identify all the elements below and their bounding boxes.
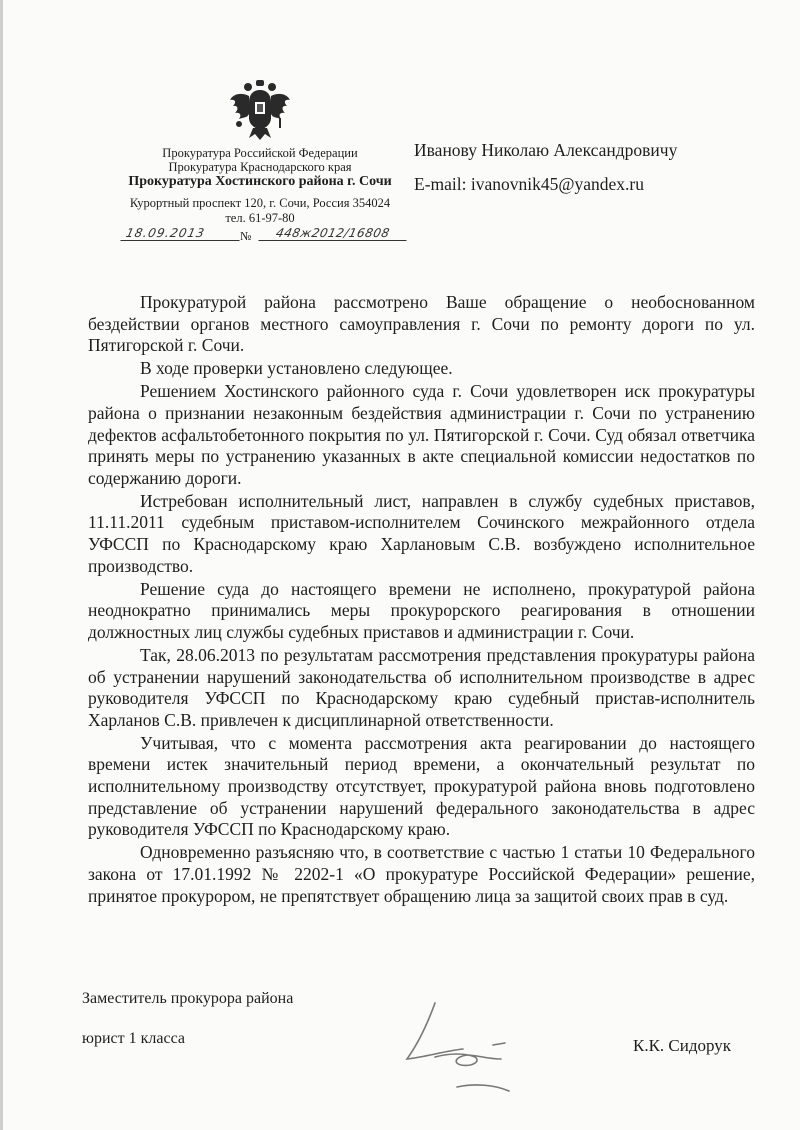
signatory-rank: юрист 1 класса (82, 1030, 185, 1048)
registration-date: 18.09.2013 (120, 226, 242, 241)
paragraph: Учитывая, что с момента рассмотрения акт… (88, 733, 755, 841)
org-phone: тел. 61-97-80 (120, 211, 400, 226)
org-regional: Прокуратура Краснодарского края (120, 160, 400, 175)
coat-of-arms-icon (227, 78, 293, 142)
paragraph: Прокуратурой района рассмотрено Ваше обр… (88, 292, 755, 357)
number-sign: № (240, 229, 251, 244)
recipient-name: Иванову Николаю Александровичу (414, 140, 677, 161)
signatory-position: Заместитель прокурора района (82, 990, 293, 1008)
signatory-name: К.К. Сидорук (633, 1036, 731, 1056)
paragraph: Решение суда до настоящего времени не ис… (88, 579, 755, 644)
registration-number: 448ж2012/16808 (258, 226, 409, 241)
org-district: Прокуратура Хостинского района г. Сочи (120, 174, 400, 190)
paragraph: В ходе проверки установлено следующее. (88, 358, 755, 380)
letter-page: Прокуратура Российской Федерации Прокура… (0, 0, 800, 1130)
registration-line: 18.09.2013 № 448ж2012/16808 (122, 226, 422, 248)
paragraph: Истребован исполнительный лист, направле… (88, 491, 755, 577)
paragraph: Решением Хостинского районного суда г. С… (88, 381, 755, 489)
org-address: Курортный проспект 120, г. Сочи, Россия … (120, 196, 400, 211)
org-federal: Прокуратура Российской Федерации (120, 146, 400, 161)
handwritten-signature-icon (395, 995, 565, 1105)
letter-body: Прокуратурой района рассмотрено Ваше обр… (88, 292, 755, 909)
recipient-email: E-mail: ivanovnik45@yandex.ru (414, 174, 644, 195)
paragraph: Так, 28.06.2013 по результатам рассмотре… (88, 645, 755, 731)
paragraph: Одновременно разъясняю что, в соответств… (88, 842, 755, 907)
